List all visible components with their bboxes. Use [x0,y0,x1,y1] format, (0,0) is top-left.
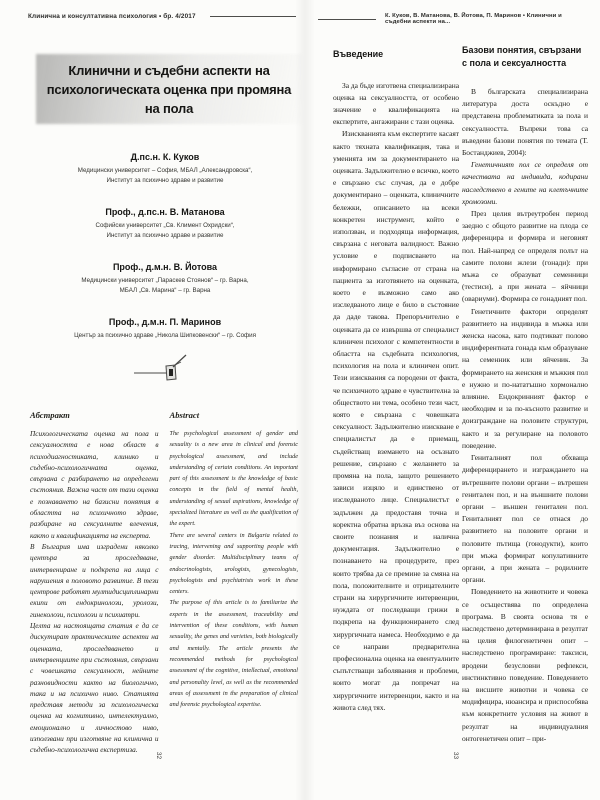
abstract-english: Abstract The psychological assessment of… [170,410,299,756]
abstract-paragraph: The psychological assessment of gender a… [170,428,299,530]
abstract-paragraph: Целта на настоящата статия е да се диску… [30,620,159,756]
abstract-bulgarian: Абстракт Психологическата оценка на пола… [30,410,159,756]
author-block: Проф., д.пс.н. В. Матанова Софийски унив… [30,207,300,240]
abstract-section: Абстракт Психологическата оценка на пола… [30,410,298,756]
author-name: Д.пс.н. К. Куков [30,152,300,162]
journal-name-issue: Клинична и консултативна психология • бр… [28,13,196,20]
right-running-header: К. Куков, В. Матанова, В. Йотова, П. Мар… [318,13,580,25]
authors-shorttitle: К. Куков, В. Матанова, В. Йотова, П. Мар… [385,13,580,25]
author-affiliation: МБАЛ „Св. Марина“ – гр. Варна [30,286,300,296]
page-number-right: 33 [452,752,459,759]
abstract-paragraph: В България има изградени няколко центъра… [30,541,159,620]
article-title: Клинични и съдебни аспекти на психологич… [36,54,302,124]
body-paragraph: Генетичните фактори определят развитието… [462,306,588,452]
body-paragraph: Изискванията към експертите касаят както… [333,128,459,714]
author-name: Проф., д.пс.н. В. Матанова [30,207,300,217]
page-number-left: 32 [155,752,162,759]
section-heading-basic-concepts: Базови понятия, свързани с пола и сексуа… [462,44,588,69]
title-line-2: психологическата оценка при промяна на п… [38,80,300,118]
body-paragraph: За да бъде изготвена специализирана оцен… [333,80,459,129]
section-heading-introduction: Въведение [333,48,459,61]
author-affiliation: Медицински университет – София, МБАЛ „Ал… [30,166,300,176]
author-name: Проф., д.м.н. П. Маринов [30,317,300,327]
quill-pen-ornament-icon [131,346,193,392]
author-affiliation: Институт за психично здраве и развитие [30,176,300,186]
abstract-paragraph: Психологическата оценка на пола и сексуа… [30,428,159,541]
author-block: Проф., д.м.н. П. Маринов Център за психи… [30,317,300,341]
body-paragraph: Поведението на животните и човека се осъ… [462,586,588,745]
author-affiliation: Център за психично здраве „Никола Шипков… [30,331,300,341]
header-rule-left [210,16,296,17]
author-affiliation: Медицински университет „Параскев Стоянов… [30,276,300,286]
body-column-basic-concepts: Базови понятия, свързани с пола и сексуа… [462,44,588,745]
left-running-header: Клинична и консултативна психология • бр… [28,13,296,20]
abstract-paragraph: There are several centers in Bulgaria re… [170,530,299,598]
body-column-introduction: Въведение За да бъде изготвена специализ… [333,48,459,714]
authors-block: Д.пс.н. К. Куков Медицински университет … [30,152,300,363]
abstract-heading-en: Abstract [170,410,299,420]
author-name: Проф., д.м.н. В. Йотова [30,262,300,272]
author-affiliation: Институт за психично здраве и развитие [30,231,300,241]
title-line-1: Клинични и съдебни аспекти на [38,61,300,80]
journal-scan-spread: Клинична и консултативна психология • бр… [0,0,600,800]
author-affiliation: Софийски университет „Св. Климент Охридс… [30,221,300,231]
abstract-heading-bg: Абстракт [30,410,159,420]
body-paragraph: През целия вътреутробен период заедно с … [462,208,588,306]
body-paragraph-definition: Генетичният пол се определя от качестват… [462,159,588,208]
body-paragraph: Гениталният пол обхваща диференцирането … [462,452,588,586]
header-rule-right [318,19,376,20]
author-block: Д.пс.н. К. Куков Медицински университет … [30,152,300,185]
abstract-paragraph: The purpose of this article is to famili… [170,597,299,710]
author-block: Проф., д.м.н. В. Йотова Медицински униве… [30,262,300,295]
body-paragraph: В българската специализирана литература … [462,86,588,159]
